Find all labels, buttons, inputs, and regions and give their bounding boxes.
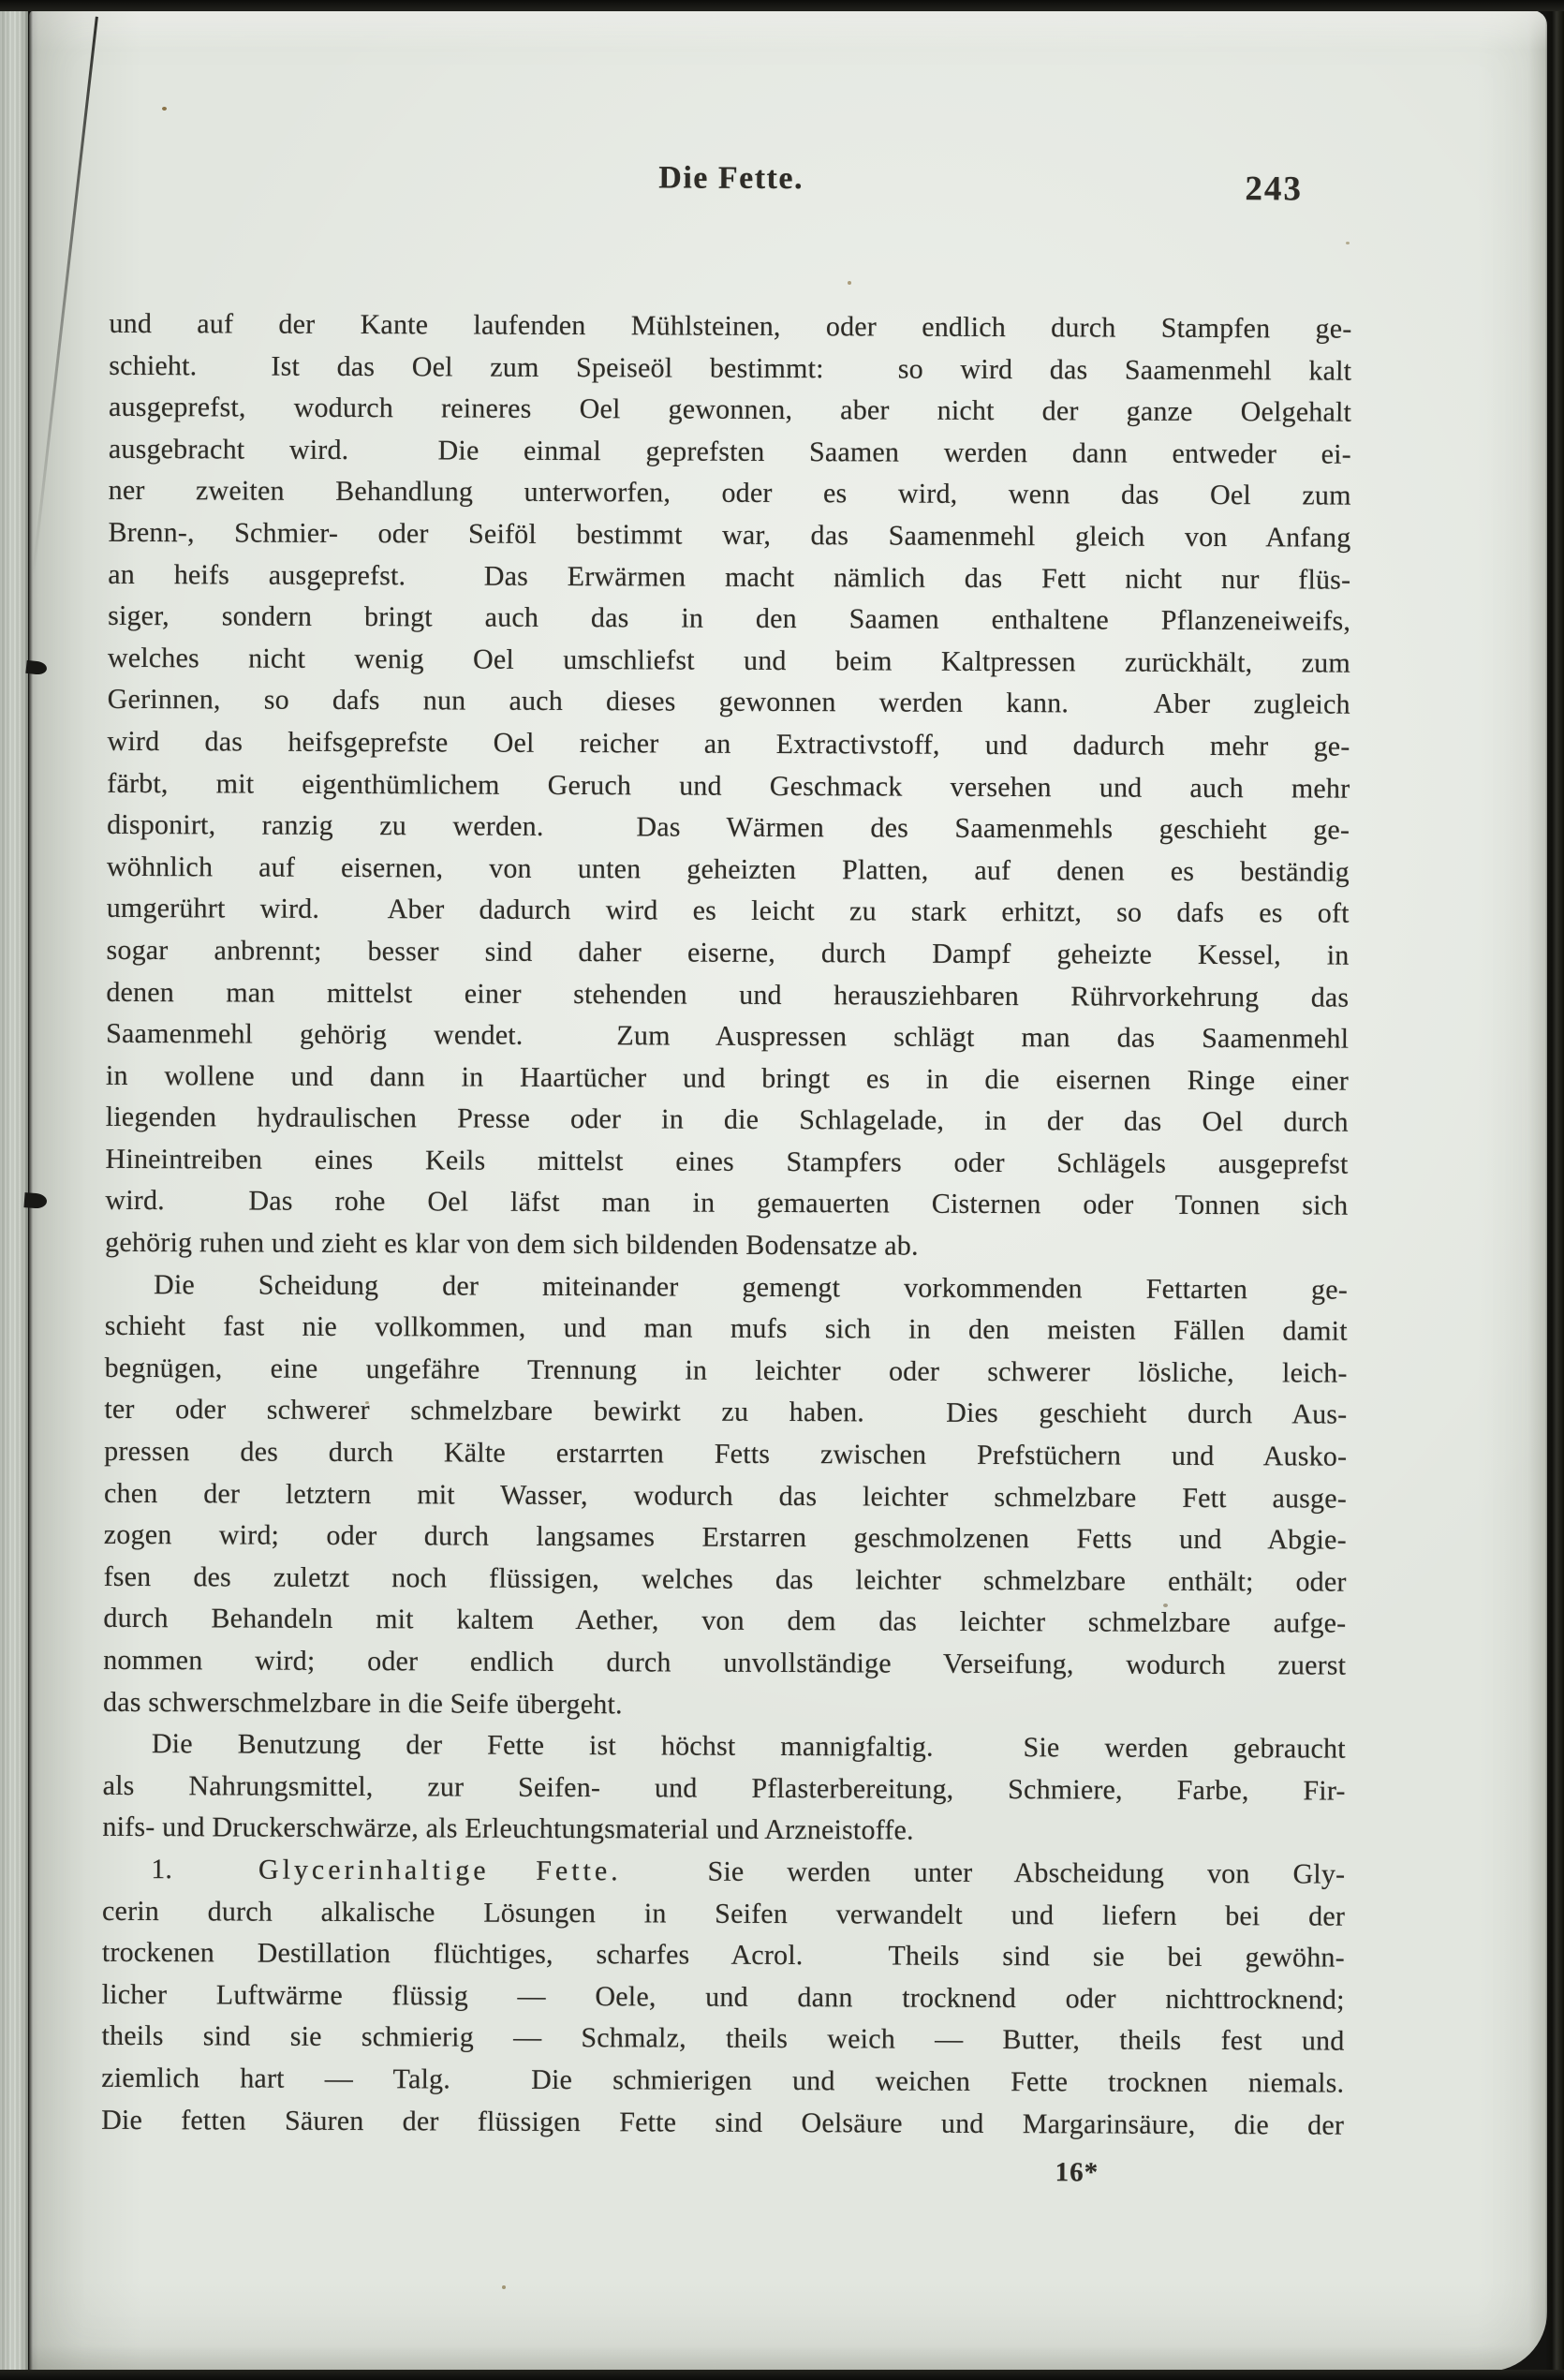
- text-line: in wollene und dann in Haartücher und br…: [106, 1056, 1349, 1102]
- text-line: 1. Glycerinhaltige Fette. Sie werden unt…: [102, 1849, 1345, 1896]
- text-line: durch Behandeln mit kaltem Aether, von d…: [103, 1598, 1346, 1645]
- text-line: schieht. Ist das Oel zum Speiseöl bestim…: [109, 345, 1351, 392]
- letterspaced-term: Glycerinhaltige Fette.: [258, 1855, 622, 1887]
- running-header-title: Die Fette.: [110, 158, 1352, 200]
- text-line: welches nicht wenig Oel umschliefst und …: [108, 638, 1350, 685]
- text-line: begnügen, eine ungefähre Trennung in lei…: [105, 1348, 1348, 1395]
- text-line: ausgeprefst, wodurch reineres Oel gewonn…: [109, 387, 1351, 434]
- text-line: färbt, mit eigenthümlichem Geruch und Ge…: [107, 762, 1350, 809]
- text-line: und auf der Kante laufenden Mühlsteinen,…: [109, 303, 1351, 350]
- text-line: an heifs ausgeprefst. Das Erwärmen macht…: [108, 554, 1350, 600]
- text-line: ziemlich hart — Talg. Die schmierigen un…: [101, 2058, 1344, 2105]
- body-text: und auf der Kante laufenden Mühlsteinen,…: [101, 303, 1352, 2147]
- text-line: Gerinnen, so dafs nun auch dieses gewonn…: [108, 679, 1350, 726]
- text-line: sogar anbrennt; besser sind daher eisern…: [106, 930, 1349, 977]
- text-line: umgerührt wird. Aber dadurch wird es lei…: [107, 888, 1350, 935]
- text-line: liegenden hydraulischen Presse oder in d…: [106, 1097, 1349, 1144]
- scan-edge-top: [0, 0, 1564, 11]
- page-content: Die Fette. 243 und auf der Kante laufend…: [0, 0, 1564, 2380]
- text-line: wöhnlich auf eisernen, von unten geheizt…: [107, 847, 1350, 894]
- text-line: cerin durch alkalische Lösungen in Seife…: [102, 1890, 1345, 1937]
- text-line: zogen wird; oder durch langsames Erstarr…: [104, 1515, 1347, 1561]
- text-line: licher Luftwärme flüssig — Oele, und dan…: [102, 1974, 1345, 2021]
- text-line: ner zweiten Behandlung unterworfen, oder…: [109, 470, 1351, 517]
- text-line: nommen wird; oder endlich durch unvollst…: [103, 1640, 1346, 1687]
- text-line: chen der letztern mit Wasser, wodurch da…: [104, 1472, 1347, 1519]
- signature-mark: 16*: [1021, 2157, 1133, 2189]
- text-line: ausgebracht wird. Die einmal geprefsten …: [109, 429, 1351, 476]
- text-line: ter oder schwerer schmelzbare bewirkt zu…: [104, 1389, 1347, 1436]
- text-line: gehörig ruhen und zieht es klar von dem …: [105, 1222, 1348, 1269]
- text-line: Saamenmehl gehörig wendet. Zum Auspresse…: [106, 1013, 1349, 1060]
- page-number: 243: [1208, 169, 1339, 210]
- text-line: Die Scheidung der miteinander gemengt vo…: [105, 1264, 1348, 1311]
- text-line: wird das heifsgeprefste Oel reicher an E…: [107, 721, 1350, 768]
- text-line: siger, sondern bringt auch das in den Sa…: [108, 596, 1350, 643]
- scan-edge-right: [1545, 0, 1564, 2380]
- text-line: wird. Das rohe Oel läfst man in gemauert…: [105, 1180, 1348, 1227]
- text-line: denen man mittelst einer stehenden und h…: [106, 971, 1349, 1018]
- text-line: trockenen Destillation flüchtiges, schar…: [102, 1932, 1345, 1979]
- text-line: das schwerschmelzbare in die Seife überg…: [103, 1681, 1346, 1728]
- scan-edge-bottom: [0, 2370, 1564, 2380]
- text-line: Brenn-, Schmier- oder Seiföl bestimmt wa…: [108, 512, 1350, 559]
- text-line: als Nahrungsmittel, zur Seifen- und Pfla…: [103, 1766, 1346, 1812]
- scanned-book-page: Die Fette. 243 und auf der Kante laufend…: [0, 0, 1564, 2380]
- text-line: nifs- und Druckerschwärze, als Erleuchtu…: [102, 1807, 1345, 1854]
- text-line: schieht fast nie vollkommen, und man muf…: [105, 1306, 1348, 1353]
- text-line: pressen des durch Kälte erstarrten Fetts…: [104, 1431, 1347, 1478]
- text-line: Hineintreiben eines Keils mittelst eines…: [105, 1139, 1348, 1186]
- text-line: theils sind sie schmierig — Schmalz, the…: [101, 2016, 1344, 2062]
- text-line: disponirt, ranzig zu werden. Das Wärmen …: [107, 805, 1350, 851]
- text-line: Die fetten Säuren der flüssigen Fette si…: [101, 2099, 1344, 2146]
- text-line: fsen des zuletzt noch flüssigen, welches…: [104, 1557, 1347, 1604]
- text-line: Die Benutzung der Fette ist höchst manni…: [103, 1723, 1346, 1770]
